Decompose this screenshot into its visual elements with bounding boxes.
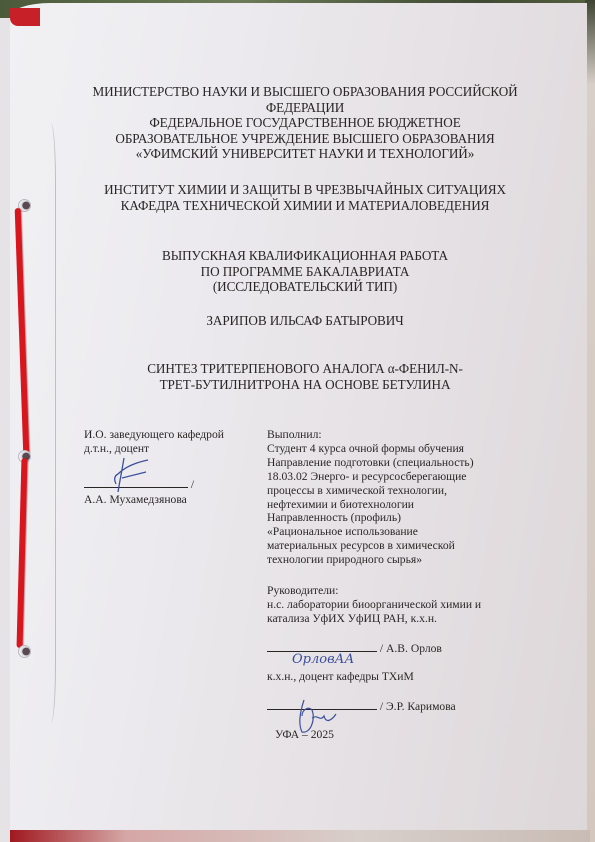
supervisors-label: Руководители:: [267, 584, 547, 598]
student-info-line: «Рациональное использование: [267, 525, 547, 539]
thesis-title-line: СИНТЕЗ ТРИТЕРПЕНОВОГО АНАЛОГА α-ФЕНИЛ-N-: [60, 361, 550, 377]
performed-by-label: Выполнил:: [267, 428, 547, 442]
header-line: ФЕДЕРАЛЬНОЕ ГОСУДАРСТВЕННОЕ БЮДЖЕТНОЕ: [60, 115, 550, 131]
author-name: ЗАРИПОВ ИЛЬСАФ БАТЫРОВИЧ: [60, 313, 550, 329]
head-name: А.А. Мухамедзянова: [84, 493, 264, 507]
head-position: И.О. заведующего кафедрой: [84, 428, 264, 442]
work-type-line: (ИССЛЕДОВАТЕЛЬСКИЙ ТИП): [60, 279, 550, 295]
binding-hole-icon: [18, 645, 31, 658]
supervisor-2-signature-line: / Э.Р. Каримова: [267, 700, 547, 714]
supervisor-2-position: к.х.н., доцент кафедры ТХиМ: [267, 670, 547, 684]
supervisor-2-name: / Э.Р. Каримова: [380, 700, 456, 713]
student-info-line: материальных ресурсов в химической: [267, 539, 547, 553]
performed-by-block: Выполнил: Студент 4 курса очной формы об…: [267, 428, 547, 741]
ministry-header: МИНИСТЕРСТВО НАУКИ И ВЫСШЕГО ОБРАЗОВАНИЯ…: [60, 84, 550, 162]
student-info-line: нефтехимии и биотехнологии: [267, 498, 547, 512]
student-info-line: процессы в химической технологии,: [267, 484, 547, 498]
head-degree: д.т.н., доцент: [84, 442, 264, 456]
institute-block: ИНСТИТУТ ХИМИИ И ЗАЩИТЫ В ЧРЕЗВЫЧАЙНЫХ С…: [60, 182, 550, 213]
student-info-line: Студент 4 курса очной формы обучения: [267, 442, 547, 456]
city-year: УФА – 2025: [267, 728, 547, 742]
signature-underline: [267, 709, 377, 710]
header-line: «УФИМСКИЙ УНИВЕРСИТЕТ НАУКИ И ТЕХНОЛОГИЙ…: [60, 146, 550, 162]
work-type-block: ВЫПУСКНАЯ КВАЛИФИКАЦИОННАЯ РАБОТА ПО ПРО…: [60, 248, 550, 295]
red-cover-corner: [10, 8, 40, 26]
header-line: ФЕДЕРАЦИИ: [60, 100, 550, 116]
institute-line: ИНСТИТУТ ХИМИИ И ЗАЩИТЫ В ЧРЕЗВЫЧАЙНЫХ С…: [60, 182, 550, 198]
page-fold-edge: [46, 123, 56, 723]
head-signature-line: /: [84, 478, 264, 492]
red-cover-bottom: [10, 830, 590, 842]
supervisor-1-name: / А.В. Орлов: [380, 642, 442, 655]
supervisor-position: катализа УфИХ УфИЦ РАН, к.х.н.: [267, 612, 547, 626]
supervisor-position: н.с. лаборатории биоорганической химии и: [267, 598, 547, 612]
header-line: МИНИСТЕРСТВО НАУКИ И ВЫСШЕГО ОБРАЗОВАНИЯ…: [60, 84, 550, 100]
author-name-text: ЗАРИПОВ ИЛЬСАФ БАТЫРОВИЧ: [60, 313, 550, 329]
signature-underline: [267, 651, 377, 652]
supervisor-1-signature-line: / А.В. Орлов: [267, 642, 547, 656]
thesis-title: СИНТЕЗ ТРИТЕРПЕНОВОГО АНАЛОГА α-ФЕНИЛ-N-…: [60, 361, 550, 392]
work-type-line: ПО ПРОГРАММЕ БАКАЛАВРИАТА: [60, 264, 550, 280]
work-type-line: ВЫПУСКНАЯ КВАЛИФИКАЦИОННАЯ РАБОТА: [60, 248, 550, 264]
student-info-line: Направление подготовки (специальность): [267, 456, 547, 470]
student-info-line: технологии природного сырья»: [267, 553, 547, 567]
head-of-department-block: И.О. заведующего кафедрой д.т.н., доцент…: [84, 428, 264, 507]
department-line: КАФЕДРА ТЕХНИЧЕСКОЙ ХИМИИ И МАТЕРИАЛОВЕД…: [60, 198, 550, 214]
signature-underline: [84, 487, 188, 488]
signature-slash: /: [191, 478, 194, 491]
student-info-line: 18.03.02 Энерго- и ресурсосберегающие: [267, 470, 547, 484]
student-info-line: Направленность (профиль): [267, 511, 547, 525]
thesis-title-line: ТРЕТ-БУТИЛНИТРОНА НА ОСНОВЕ БЕТУЛИНА: [60, 377, 550, 393]
header-line: ОБРАЗОВАТЕЛЬНОЕ УЧРЕЖДЕНИЕ ВЫСШЕГО ОБРАЗ…: [60, 131, 550, 147]
